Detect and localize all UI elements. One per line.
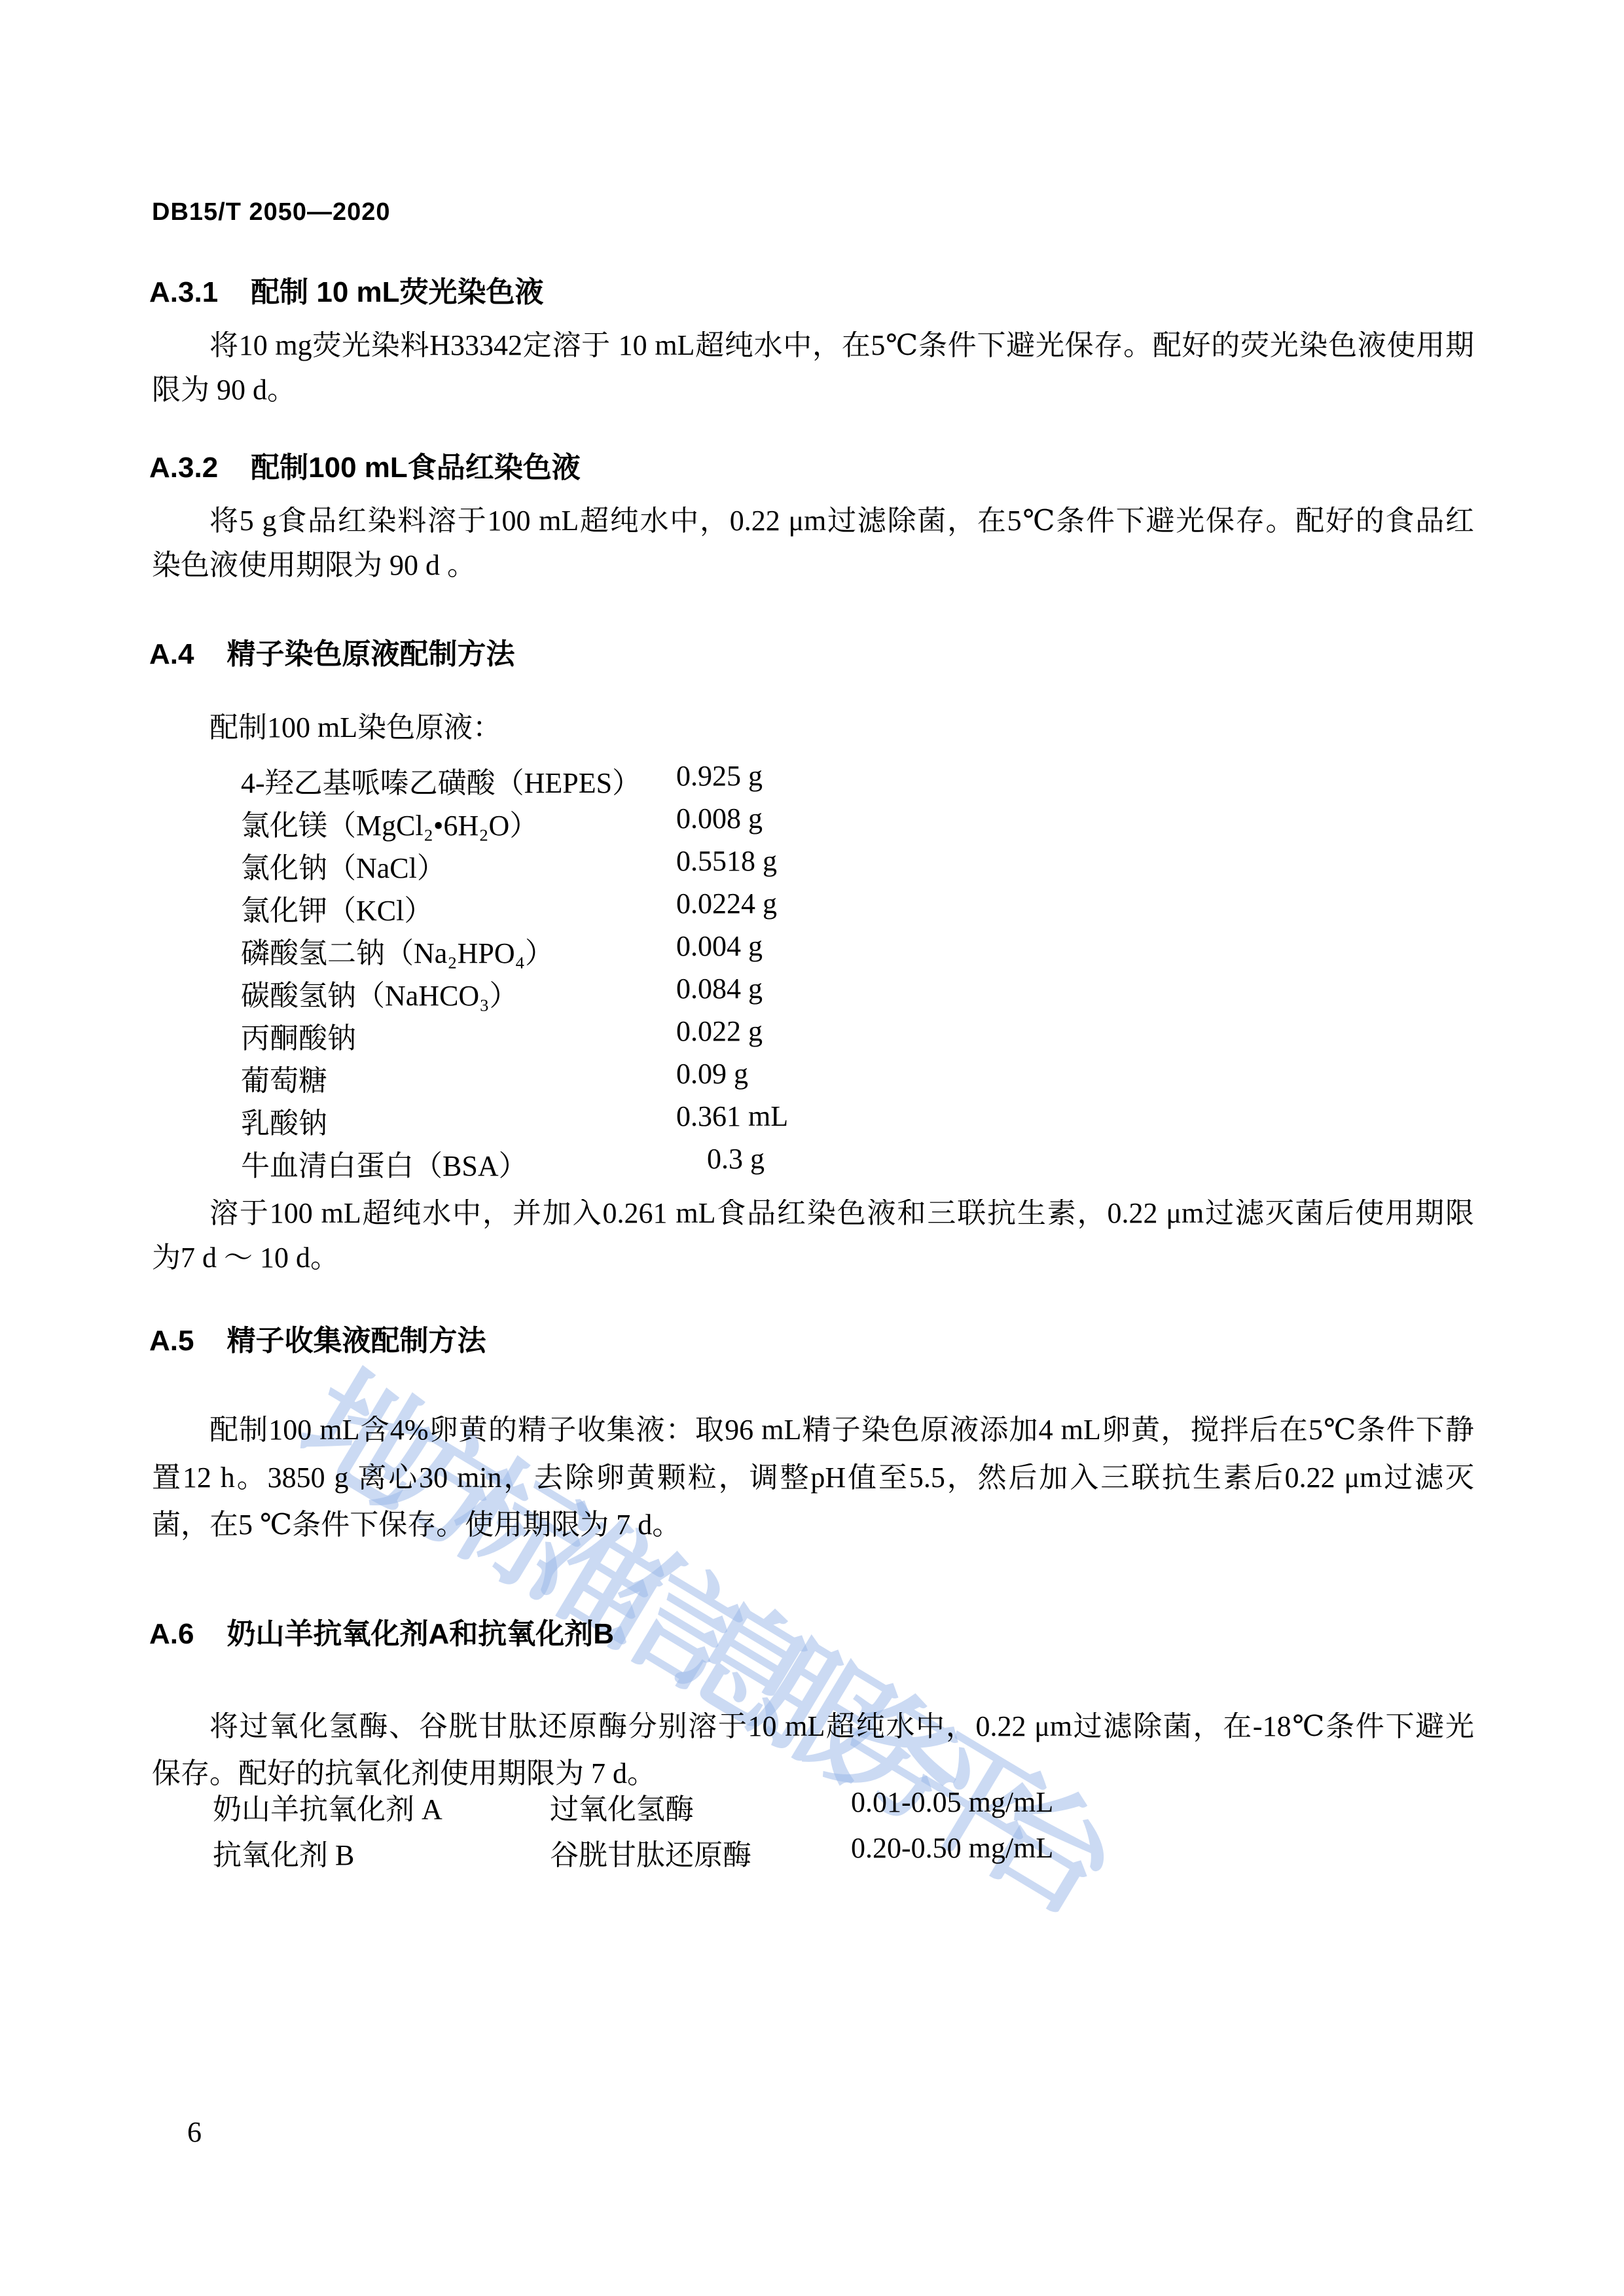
ingredient-row: 乳酸钠 0.361 mL [0,1100,1624,1142]
section-title: 配制 10 mL荧光染色液 [251,276,543,308]
ingredient-amount: 0.008 g [676,802,763,835]
ingredient-name: 碳酸氢钠（NaHCO₃） [241,972,518,1014]
ingredient-amount: 0.0224 g [676,887,777,920]
ingredient-name: 氯化钾（KCl） [241,887,433,929]
ingredient-amount: 0.084 g [676,972,763,1005]
ingredient-name: 4-羟乙基哌嗪乙磺酸（HEPES） [241,759,641,801]
paragraph-line: 为7 d ～ 10 d。 [152,1244,339,1272]
paragraph-line: 置12 h。3850 g 离心30 min，去除卵黄颗粒，调整pH值至5.5，然… [152,1463,1474,1498]
paragraph-line: 将5 g食品红染料溶于100 mL超纯水中，0.22 μm过滤除菌，在5℃条件下… [209,507,1474,541]
paragraph-line: 将10 mg荧光染料H33342定溶于 10 mL超纯水中，在5℃条件下避光保存… [209,331,1474,365]
section-number: A.3.1 [149,276,218,308]
section-heading-a3-2: A.3.2配制100 mL食品红染色液 [149,444,581,486]
paragraph-line: 将过氧化氢酶、谷胱甘肽还原酶分别溶于10 mL超纯水中，0.22 μm过滤除菌，… [209,1712,1474,1746]
document-page: 地方标准信息服务平台 DB15/T 2050—2020 A.3.1配制 10 m… [0,0,1624,2296]
ingredient-amount: 0.022 g [676,1014,763,1048]
ingredient-name: 磷酸氢二钠（Na₂HPO₄） [241,929,554,971]
ingredient-name: 丙酮酸钠 [241,1014,356,1056]
section-title: 精子收集液配制方法 [226,1325,486,1357]
ingredient-row: 葡萄糖 0.09 g [0,1057,1624,1100]
ingredient-row: 氯化镁（MgCl₂•6H₂O） 0.008 g [0,802,1624,844]
section-heading-a4: A.4精子染色原液配制方法 [149,630,514,672]
paragraph-line: 染色液使用期限为 90 d 。 [152,551,476,580]
ingredient-name: 牛血清白蛋白（BSA） [241,1142,528,1184]
ingredient-name: 氯化钠（NaCl） [241,844,446,886]
ingredient-amount: 0.5518 g [676,844,777,878]
antioxidant-row: 抗氧化剂 B 谷胱甘肽还原酶 0.20-0.50 mg/mL [0,1831,1624,1877]
section-number: A.3.2 [149,452,218,484]
ingredient-row: 氯化钠（NaCl） 0.5518 g [0,844,1624,887]
ingredient-amount: 0.09 g [676,1057,748,1090]
doc-code-header: DB15/T 2050—2020 [152,198,391,226]
antioxidant-agent: 过氧化氢酶 [550,1785,694,1827]
section-heading-a5: A.5精子收集液配制方法 [149,1317,486,1359]
section-heading-a3-1: A.3.1配制 10 mL荧光染色液 [149,268,544,310]
ingredient-amount: 0.361 mL [676,1100,788,1133]
paragraph-line: 配制100 mL含4%卵黄的精子收集液：取96 mL精子染色原液添加4 mL卵黄… [209,1416,1474,1450]
ingredient-amount: 0.925 g [676,759,763,793]
paragraph-line: 溶于100 mL超纯水中，并加入0.261 mL食品红染色液和三联抗生素，0.2… [209,1199,1474,1233]
antioxidant-concentration: 0.20-0.50 mg/mL [851,1831,1053,1865]
ingredient-row: 牛血清白蛋白（BSA） 0.3 g [0,1142,1624,1185]
ingredient-name: 氯化镁（MgCl₂•6H₂O） [241,802,538,844]
ingredient-amount: 0.004 g [676,929,763,963]
ingredient-row: 氯化钾（KCl） 0.0224 g [0,887,1624,929]
intro-line: 配制100 mL染色原液： [209,713,501,742]
paragraph-line: 菌，在5 ℃条件下保存。使用期限为 7 d。 [152,1511,681,1539]
ingredient-row: 碳酸氢钠（NaHCO₃） 0.084 g [0,972,1624,1014]
section-title: 配制100 mL食品红染色液 [251,452,581,484]
ingredient-row: 丙酮酸钠 0.022 g [0,1014,1624,1057]
antioxidant-name: 奶山羊抗氧化剂 A [213,1785,442,1827]
antioxidant-agent: 谷胱甘肽还原酶 [550,1831,751,1873]
ingredient-amount: 0.3 g [707,1142,765,1175]
section-title: 奶山羊抗氧化剂A和抗氧化剂B [226,1618,614,1650]
section-number: A.5 [149,1325,194,1357]
section-number: A.4 [149,638,194,670]
ingredient-name: 乳酸钠 [241,1100,327,1141]
page-number: 6 [187,2115,202,2149]
ingredient-row: 4-羟乙基哌嗪乙磺酸（HEPES） 0.925 g [0,759,1624,802]
antioxidant-concentration: 0.01-0.05 mg/mL [851,1785,1053,1819]
paragraph-line: 限为 90 d。 [152,376,296,404]
ingredient-name: 葡萄糖 [241,1057,327,1099]
section-title: 精子染色原液配制方法 [226,638,514,670]
ingredient-row: 磷酸氢二钠（Na₂HPO₄） 0.004 g [0,929,1624,972]
paragraph-line: 保存。配好的抗氧化剂使用期限为 7 d。 [152,1759,656,1788]
section-number: A.6 [149,1618,194,1650]
antioxidant-name: 抗氧化剂 B [213,1831,354,1873]
section-heading-a6: A.6奶山羊抗氧化剂A和抗氧化剂B [149,1610,614,1652]
antioxidant-row: 奶山羊抗氧化剂 A 过氧化氢酶 0.01-0.05 mg/mL [0,1785,1624,1831]
